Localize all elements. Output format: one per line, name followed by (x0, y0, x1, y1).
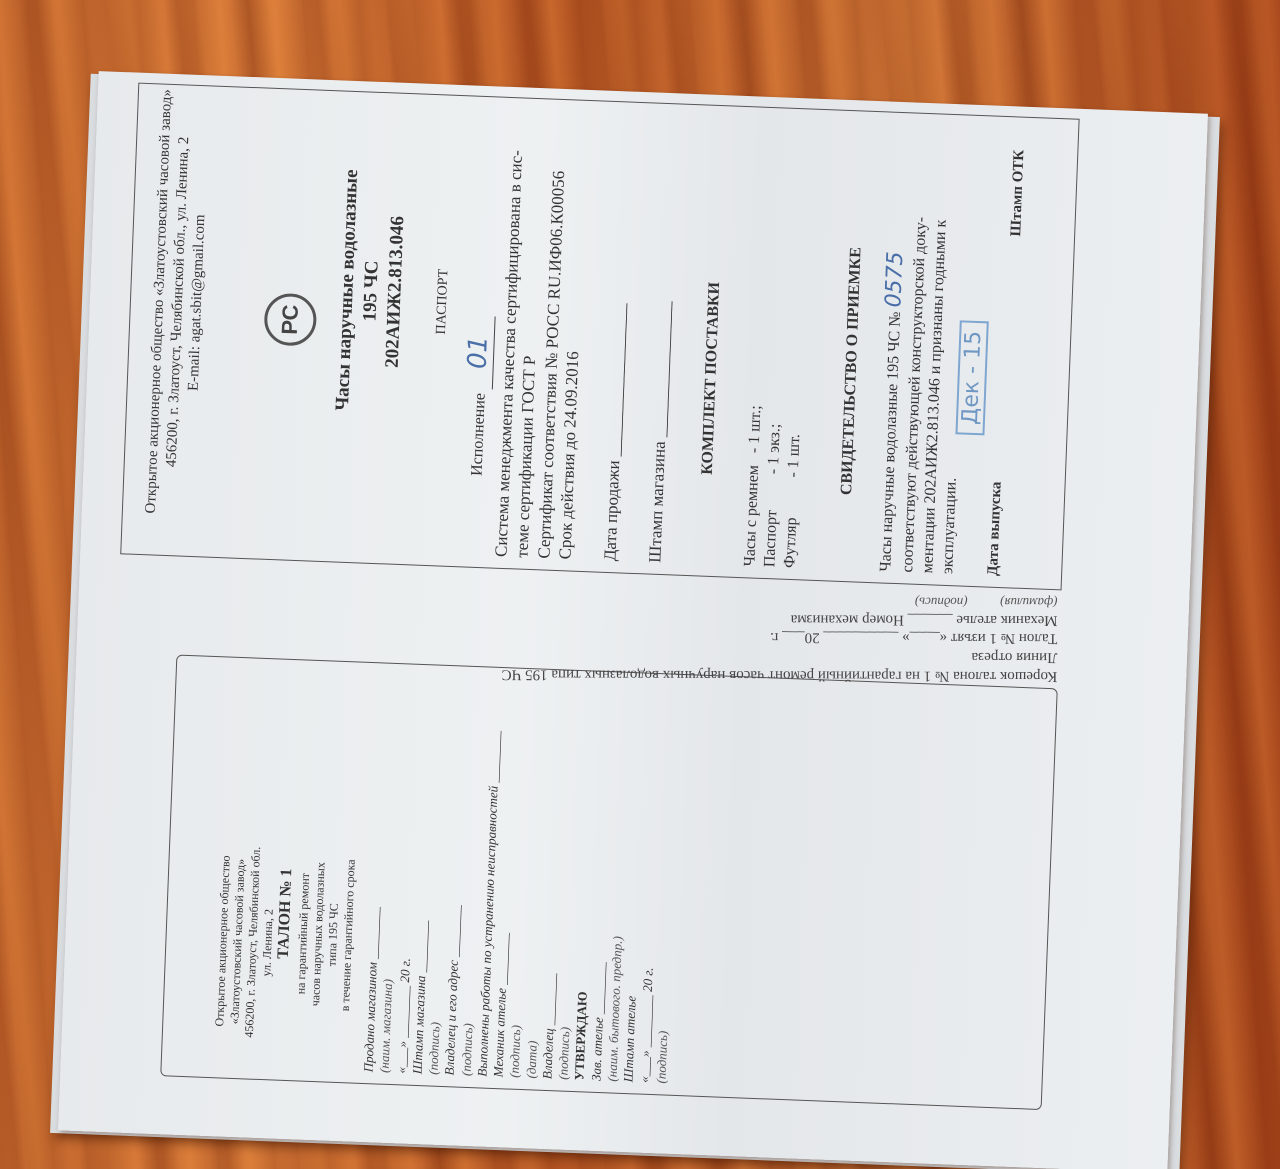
product-title-block: Часы наручные водолазные 195 ЧС 202АИЖ2.… (331, 169, 411, 413)
talon-subtitle: на гарантийный ремонт часов наручных вод… (293, 857, 359, 1011)
certification-block: Система менеджмента качества сертифициро… (490, 150, 591, 560)
serial-number: 0575 (881, 251, 908, 308)
version-field: Исполнение 01 (459, 315, 495, 476)
talon-title: ТАЛОН № 1 (275, 868, 296, 959)
doc-type: ПАСПОРТ (434, 269, 453, 335)
release-date-label: Дата выпуска (985, 481, 1006, 576)
version-value: 01 (462, 315, 496, 389)
release-stamp: Дек - 15 (955, 320, 988, 435)
talon-header: Открытое акционерное общество «Златоусто… (212, 845, 279, 1038)
stub-block: Корешок талона № 1 на гарантийный ремонт… (237, 591, 1057, 685)
talon-fields: Продано магазином ________ (наим. магази… (361, 726, 683, 1084)
passport-sheet: Открытое акционерное общество «Златоусто… (58, 71, 1208, 1169)
kit-list: Часы с ремнем - 1 шт.; Паспорт - 1 экз.;… (740, 405, 806, 569)
otk-stamp-label: Штамп ОТК (1008, 149, 1028, 236)
